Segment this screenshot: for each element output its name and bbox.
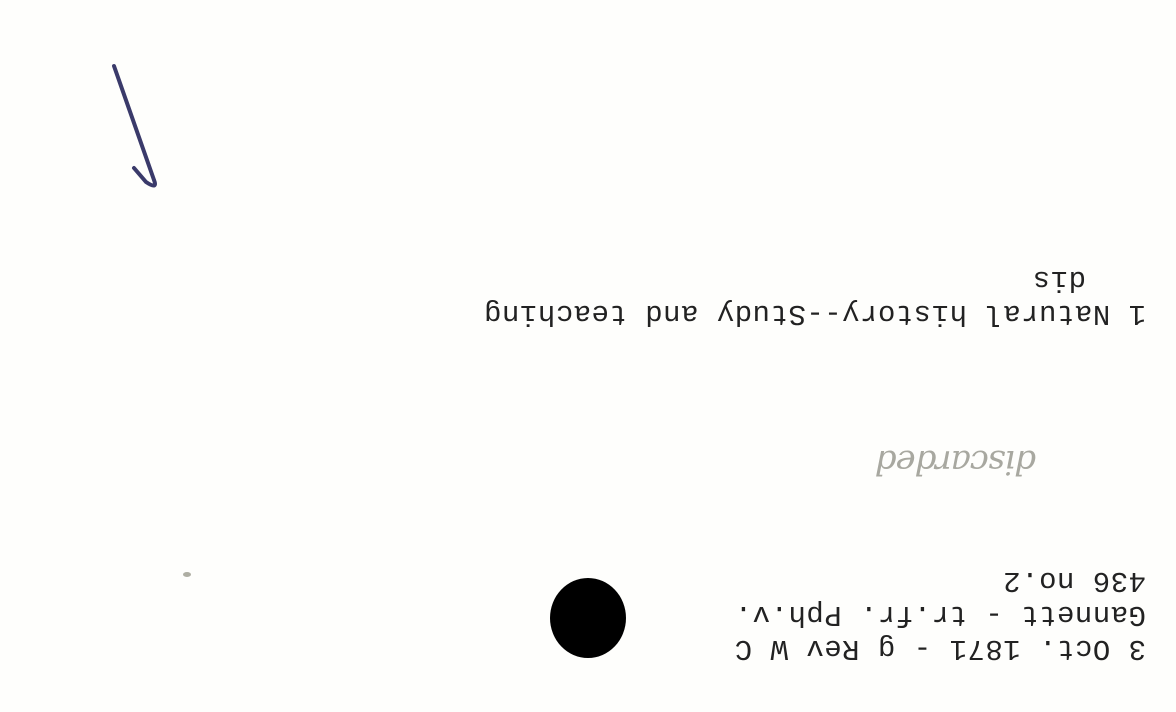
call-number: 436 no.2 bbox=[1003, 564, 1146, 596]
subject-heading: 1 Natural history--Study and teaching bbox=[484, 297, 1146, 329]
catalog-card: 3 Oct. 1871 - g Rev W C Gannett - tr.fr.… bbox=[0, 0, 1176, 712]
author-line: Gannett - tr.fr. Pph.v. bbox=[734, 598, 1146, 630]
subject-continuation: dis bbox=[1032, 263, 1086, 295]
paper-speck bbox=[183, 572, 191, 577]
punch-hole bbox=[550, 578, 626, 658]
check-mark-icon bbox=[96, 52, 176, 202]
pencil-annotation: discarded bbox=[876, 442, 1036, 482]
accession-date-line: 3 Oct. 1871 - g Rev W C bbox=[734, 632, 1146, 664]
